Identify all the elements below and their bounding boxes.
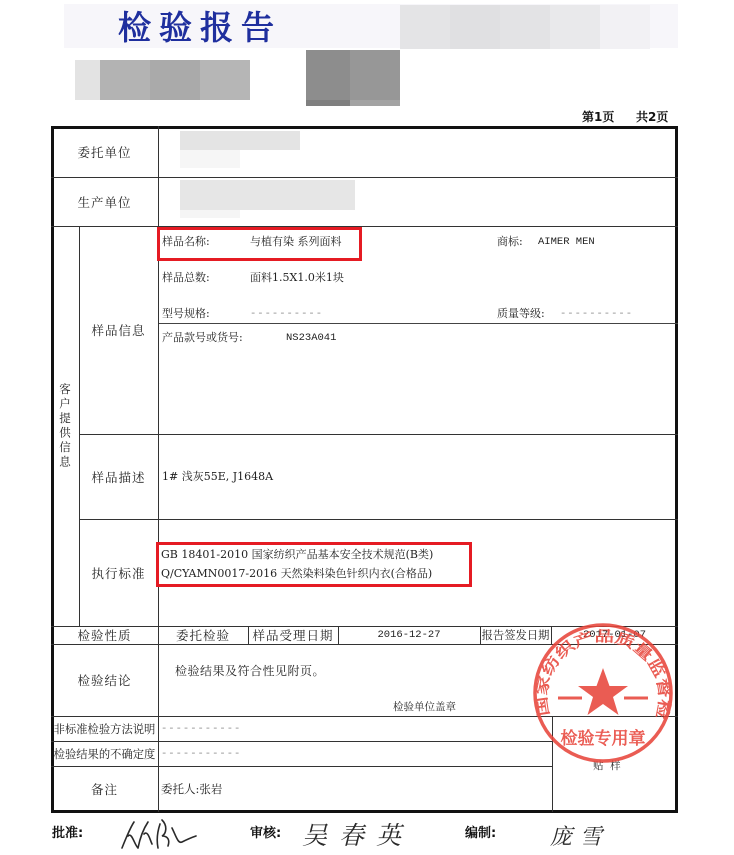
compiler-signature: 庞雪: [550, 820, 610, 851]
inspection-type-label: 检验性质: [51, 626, 158, 644]
uncertainty-value: -----------: [161, 747, 241, 761]
client-unit-value-redacted: [180, 150, 240, 168]
row-divider: [79, 519, 678, 520]
column-divider: [552, 716, 553, 812]
client-unit-value-redacted: [180, 131, 300, 150]
uncertainty-label: 检验结果的不确定度: [51, 741, 158, 766]
client-unit-label: 委托单位: [51, 126, 158, 177]
item-number-label: 产品款号或货号:: [162, 331, 243, 345]
standard-label: 执行标准: [79, 519, 158, 626]
page-number: 第1页: [582, 108, 614, 125]
sample-attach-label: 贴 样: [593, 759, 621, 773]
reviewer-signature: 吴春英: [302, 816, 413, 852]
received-date-label: 样品受理日期: [248, 626, 338, 644]
redacted-block: [450, 5, 500, 49]
redacted-block: [306, 50, 350, 100]
quality-grade-value: ----------: [560, 307, 633, 321]
sample-desc-value: 1# 浅灰55E, J1648A: [162, 470, 273, 484]
page-total: 共2页: [636, 108, 668, 125]
column-divider: [158, 626, 159, 812]
item-number-value: NS23A041: [286, 331, 336, 345]
brand-value: AIMER MEN: [538, 235, 595, 249]
issued-date-label: 报告签发日期: [480, 626, 551, 644]
approver-signature: [118, 814, 200, 854]
row-divider: [79, 434, 678, 435]
manufacturer-label: 生产单位: [51, 177, 158, 226]
approve-label: 批准:: [52, 822, 83, 841]
inspection-report-page: 检验报告 第1页 共2页 委托单位 生产单位 客户提供信息 样品信息 样品描述 …: [0, 0, 734, 855]
nonstandard-method-value: -----------: [161, 722, 241, 736]
remarks-value: 委托人:张岩: [161, 782, 222, 796]
issued-date-value: 2017-01-07: [551, 626, 678, 644]
sample-quantity-label: 样品总数:: [162, 271, 210, 285]
remarks-label: 备注: [51, 766, 158, 812]
highlight-box-sample-name: [157, 227, 362, 261]
sample-desc-label: 样品描述: [79, 434, 158, 519]
highlight-box-standards: [156, 542, 472, 587]
redacted-block: [306, 100, 350, 106]
customer-info-text: 客户提供信息: [57, 383, 73, 470]
redacted-block: [350, 50, 400, 100]
quality-grade-label: 质量等级:: [497, 307, 545, 321]
redacted-block: [400, 5, 450, 49]
brand-label: 商标:: [497, 235, 523, 249]
review-label: 审核:: [250, 822, 281, 841]
report-title: 检验报告: [118, 6, 282, 50]
redacted-block: [350, 100, 400, 106]
model-spec-label: 型号规格:: [162, 307, 210, 321]
manufacturer-value-redacted: [180, 180, 355, 210]
compile-label: 编制:: [465, 822, 496, 841]
redacted-block: [550, 5, 600, 49]
row-divider: [158, 323, 678, 324]
redacted-block: [75, 60, 100, 100]
seal-note: 检验单位盖章: [393, 700, 456, 714]
redacted-block: [600, 5, 650, 49]
received-date-value: 2016-12-27: [338, 626, 480, 644]
redacted-block: [500, 5, 550, 49]
sample-quantity-value: 面料1.5X1.0米1块: [250, 271, 344, 285]
conclusion-label: 检验结论: [51, 644, 158, 716]
manufacturer-value-redacted: [180, 210, 240, 218]
customer-info-label: 客户提供信息: [51, 226, 79, 626]
redacted-block: [200, 60, 250, 100]
conclusion-value: 检验结果及符合性见附页。: [175, 664, 325, 678]
inspection-type-value: 委托检验: [158, 626, 248, 644]
nonstandard-method-label: 非标准检验方法说明: [51, 716, 158, 741]
redacted-block: [150, 60, 200, 100]
model-spec-value: ----------: [250, 307, 323, 321]
redacted-block: [100, 60, 150, 100]
sample-info-label: 样品信息: [79, 226, 158, 434]
